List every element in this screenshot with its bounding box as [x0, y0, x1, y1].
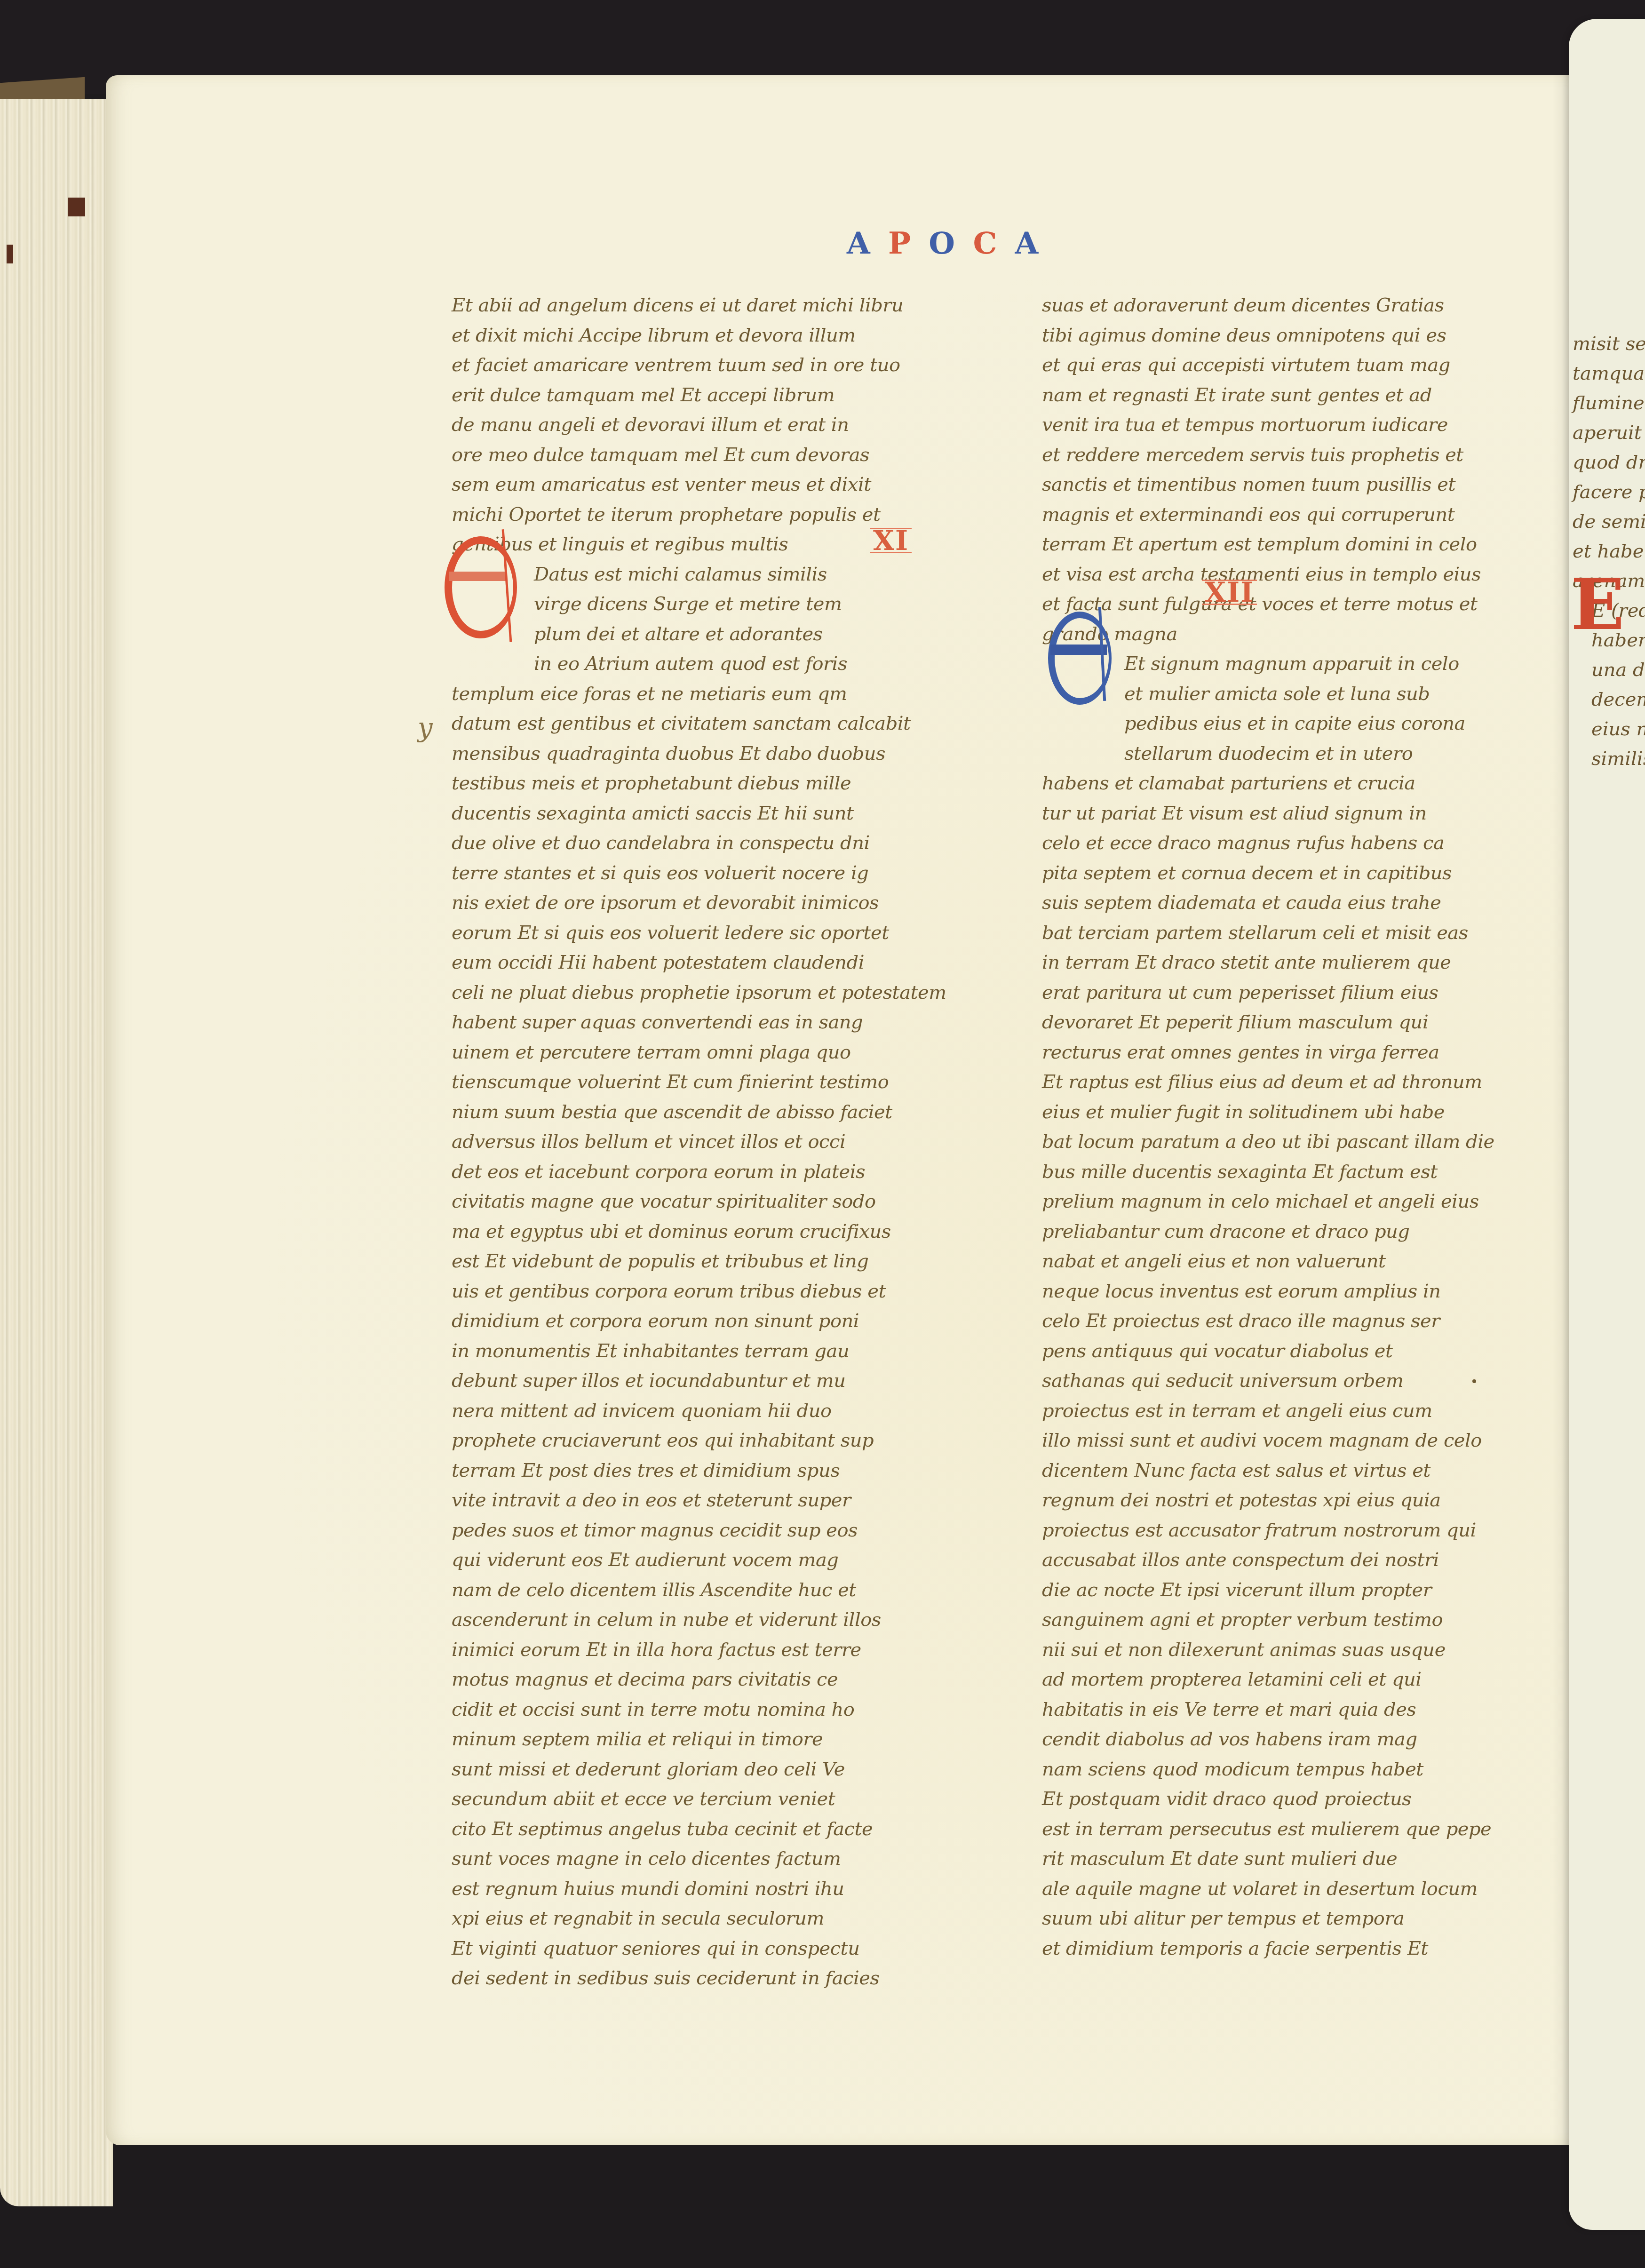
text-line: proiectus est accusator fratrum nostroru…	[1042, 1516, 1503, 1546]
text-line: habens et clamabat parturiens et crucia	[1042, 769, 1503, 799]
text-line: suas et adoraverunt deum dicentes Gratia…	[1042, 291, 1503, 321]
text-line: cendit diabolus ad vos habens iram mag	[1042, 1725, 1503, 1755]
adjacent-leaf-line: flumine et adiu	[1573, 389, 1645, 418]
text-line: Et postquam vidit draco quod proiectus	[1042, 1784, 1503, 1814]
text-line: nis exiet de ore ipsorum et devorabit in…	[452, 888, 960, 918]
adjacent-leaf[interactable]: misit serpens ex oretamquam flumenflumin…	[1569, 19, 1645, 2230]
text-line: inimici eorum Et in illa hora factus est…	[452, 1635, 960, 1665]
text-line: uinem et percutere terram omni plaga quo	[452, 1038, 960, 1068]
text-line: dimidium et corpora eorum non sinunt pon…	[452, 1306, 960, 1337]
text-line: prelium magnum in celo michael et angeli…	[1042, 1187, 1503, 1217]
text-line: Et raptus est filius eius ad deum et ad …	[1042, 1067, 1503, 1098]
marginal-mark: y	[418, 713, 433, 743]
text-line: erit dulce tamquam mel Et accepi librum	[452, 381, 960, 411]
text-line: sathanas qui seducit universum orbem	[1042, 1366, 1503, 1396]
text-line: tibi agimus domine deus omnipotens qui e…	[1042, 321, 1503, 351]
text-line: sanctis et timentibus nomen tuum pusilli…	[1042, 470, 1503, 500]
adjacent-leaf-line: quod draco de ore suo	[1573, 448, 1645, 477]
text-line: mensibus quadraginta duobus Et dabo duob…	[452, 739, 960, 769]
text-line: ducentis sexaginta amicti saccis Et hii …	[452, 799, 960, 829]
adjacent-leaf-line: tamquam flumen	[1573, 359, 1645, 389]
text-line: plum dei et altare et adorantes	[452, 620, 960, 650]
running-head-letter: A	[1015, 226, 1042, 261]
text-line: terre stantes et si quis eos voluerit no…	[452, 859, 960, 889]
text-line: erat paritura ut cum peperisset filium e…	[1042, 978, 1503, 1008]
running-head: A P O C A	[847, 226, 1042, 261]
stacked-page-edges	[0, 99, 113, 2206]
text-line: et dixit michi Accipe librum et devora i…	[452, 321, 960, 351]
text-line: eum occidi Hii habent potestatem clauden…	[452, 948, 960, 978]
text-line: vite intravit a deo in eos et steterunt …	[452, 1486, 960, 1516]
text-line: dei sedent in sedibus suis ceciderunt in…	[452, 1964, 960, 1994]
text-line: ma et egyptus ubi et dominus eorum cruci…	[452, 1217, 960, 1247]
text-line: adversus illos bellum et vincet illos et…	[452, 1127, 960, 1157]
ink-dot	[1472, 1379, 1476, 1383]
text-line: in terram Et draco stetit ante mulierem …	[1042, 948, 1503, 978]
text-line: habent super aquas convertendi eas in sa…	[452, 1008, 960, 1038]
text-line: due olive et duo candelabra in conspectu…	[452, 828, 960, 859]
blue-initial-e	[1048, 607, 1119, 710]
text-line: minum septem milia et reliqui in timore	[452, 1725, 960, 1755]
text-line: uis et gentibus corpora eorum tribus die…	[452, 1277, 960, 1307]
adjacent-leaf-text: misit serpens ex oretamquam flumenflumin…	[1573, 329, 1645, 774]
chapter-number-xii: XII	[1202, 580, 1257, 605]
text-line: testibus meis et prophetabunt diebus mil…	[452, 769, 960, 799]
text-line: rit masculum Et date sunt mulieri due	[1042, 1844, 1503, 1874]
text-line: sunt missi et dederunt gloriam deo celi …	[452, 1755, 960, 1785]
text-line: et dimidium temporis a facie serpentis E…	[1042, 1934, 1503, 1964]
text-line: preliabantur cum dracone et draco pug	[1042, 1217, 1503, 1247]
text-line: det eos et iacebunt corpora eorum in pla…	[452, 1157, 960, 1187]
text-line: secundum abiit et ecce ve tercium veniet	[452, 1784, 960, 1814]
text-line: nii sui et non dilexerunt animas suas us…	[1042, 1635, 1503, 1665]
initial-crossbar	[1050, 645, 1107, 655]
text-line: venit ira tua et tempus mortuorum iudica…	[1042, 410, 1503, 440]
running-head-letter: C	[973, 226, 1001, 261]
text-line: prophete cruciaverunt eos qui inhabitant…	[452, 1426, 960, 1456]
text-line: celo Et proiectus est draco ille magnus …	[1042, 1306, 1503, 1337]
text-line: ad mortem propterea letamini celi et qui	[1042, 1665, 1503, 1695]
page-tab-marker	[68, 198, 85, 216]
text-line: celo et ecce draco magnus rufus habens c…	[1042, 828, 1503, 859]
text-line: bat terciam partem stellarum celi et mis…	[1042, 918, 1503, 948]
text-line: qui viderunt eos Et audierunt vocem mag	[452, 1545, 960, 1576]
text-line: nam et regnasti Et irate sunt gentes et …	[1042, 381, 1503, 411]
text-line: virge dicens Surge et metire tem	[452, 589, 960, 620]
text-line: tienscumque voluerint Et cum finierint t…	[452, 1067, 960, 1098]
text-line: motus magnus et decima pars civitatis ce	[452, 1665, 960, 1695]
text-line: nera mittent ad invicem quoniam hii duo	[452, 1396, 960, 1426]
text-line: dicentem Nunc facta est salus et virtus …	[1042, 1456, 1503, 1486]
adjacent-leaf-line: et habent testimonium	[1573, 537, 1645, 566]
text-line: bus mille ducentis sexaginta Et factum e…	[1042, 1157, 1503, 1187]
text-line: sem eum amaricatus est venter meus et di…	[452, 470, 960, 500]
text-line: ascenderunt in celum in nube et viderunt…	[452, 1605, 960, 1635]
text-line: civitatis magne que vocatur spiritualite…	[452, 1187, 960, 1217]
text-line: Datus est michi calamus similis	[452, 560, 960, 590]
text-line: debunt super illos et iocundabuntur et m…	[452, 1366, 960, 1396]
text-line: bat locum paratum a deo ut ibi pascant i…	[1042, 1127, 1503, 1157]
running-head-letter: P	[888, 226, 914, 261]
text-line: nabat et angeli eius et non valuerunt	[1042, 1247, 1503, 1277]
text-line: de manu angeli et devoravi illum et erat…	[452, 410, 960, 440]
page-curve-shadow	[1552, 75, 1571, 2145]
running-head-letter: A	[847, 226, 874, 261]
text-line: stellarum duodecim et in utero	[1042, 739, 1503, 769]
adjacent-leaf-line: de semine eius qui	[1573, 507, 1645, 537]
text-line: templum eice foras et ne metiaris eum qm	[452, 679, 960, 709]
text-line: xpi eius et regnabit in secula seculorum	[452, 1904, 960, 1934]
text-line: suis septem diademata et cauda eius trah…	[1042, 888, 1503, 918]
text-line: ale aquile magne ut volaret in desertum …	[1042, 1874, 1503, 1904]
text-line: sanguinem agni et propter verbum testimo	[1042, 1605, 1503, 1635]
text-line: neque locus inventus est eorum amplius i…	[1042, 1277, 1503, 1307]
text-line: pita septem et cornua decem et in capiti…	[1042, 859, 1503, 889]
text-line: proiectus est in terram et angeli eius c…	[1042, 1396, 1503, 1426]
adjacent-leaf-line: facere prelium cum reliquis	[1573, 477, 1645, 507]
text-line: die ac nocte Et ipsi vicerunt illum prop…	[1042, 1576, 1503, 1606]
running-head-letter: O	[929, 226, 959, 261]
text-line: eius et mulier fugit in solitudinem ubi …	[1042, 1098, 1503, 1128]
adjacent-leaf-initial: E	[1571, 569, 1624, 640]
text-line: pens antiquus qui vocatur diabolus et	[1042, 1337, 1503, 1367]
text-line: Et viginti quatuor seniores qui in consp…	[452, 1934, 960, 1964]
page-tab-marker	[7, 245, 13, 263]
text-line: pedes suos et timor magnus cecidit sup e…	[452, 1516, 960, 1546]
text-line: est Et videbunt de populis et tribubus e…	[452, 1247, 960, 1277]
text-line: devoraret Et peperit filium masculum qui	[1042, 1008, 1503, 1038]
adjacent-leaf-line: aperuit os suum et	[1573, 418, 1645, 448]
text-line: in monumentis Et inhabitantes terram gau	[452, 1337, 960, 1367]
text-line: suum ubi alitur per tempus et tempora	[1042, 1904, 1503, 1934]
adjacent-leaf-line: similis era	[1573, 744, 1645, 774]
text-line: et faciet amaricare ventrem tuum sed in …	[452, 350, 960, 381]
text-line: in eo Atrium autem quod est foris	[452, 649, 960, 679]
text-line: nium suum bestia que ascendit de abisso …	[452, 1098, 960, 1128]
adjacent-leaf-line: decem	[1573, 685, 1645, 715]
text-line: et qui eras qui accepisti virtutem tuam …	[1042, 350, 1503, 381]
right-text-column: suas et adoraverunt deum dicentes Gratia…	[1042, 291, 1503, 1964]
text-line: sunt voces magne in celo dicentes factum	[452, 1844, 960, 1874]
adjacent-leaf-line: eius nomen bla	[1573, 715, 1645, 744]
text-line: recturus erat omnes gentes in virga ferr…	[1042, 1038, 1503, 1068]
text-line: cidit et occisi sunt in terre motu nomin…	[452, 1695, 960, 1725]
text-line: ore meo dulce tamquam mel Et cum devoras	[452, 440, 960, 470]
text-line: illo missi sunt et audivi vocem magnam d…	[1042, 1426, 1503, 1456]
text-line: accusabat illos ante conspectum dei nost…	[1042, 1545, 1503, 1576]
text-line: pedibus eius et in capite eius corona	[1042, 709, 1503, 739]
text-line: celi ne pluat diebus prophetie ipsorum e…	[452, 978, 960, 1008]
text-line: tur ut pariat Et visum est aliud signum …	[1042, 799, 1503, 829]
text-line: nam de celo dicentem illis Ascendite huc…	[452, 1576, 960, 1606]
text-line: regnum dei nostri et potestas xpi eius q…	[1042, 1486, 1503, 1516]
text-line: datum est gentibus et civitatem sanctam …	[452, 709, 960, 739]
text-line: habitatis in eis Ve terre et mari quia d…	[1042, 1695, 1503, 1725]
chapter-number-xi: XI	[870, 528, 912, 553]
text-line: magnis et exterminandi eos qui corruperu…	[1042, 500, 1503, 530]
adjacent-leaf-line: misit serpens ex ore	[1573, 329, 1645, 359]
text-line: et reddere mercedem servis tuis propheti…	[1042, 440, 1503, 470]
text-line: terram Et apertum est templum domini in …	[1042, 530, 1503, 560]
text-line: est in terram persecutus est mulierem qu…	[1042, 1814, 1503, 1845]
text-line: et visa est archa testamenti eius in tem…	[1042, 560, 1503, 590]
text-line: est regnum huius mundi domini nostri ihu	[452, 1874, 960, 1904]
adjacent-leaf-line: una d	[1573, 655, 1645, 685]
text-line: eorum Et si quis eos voluerit ledere sic…	[452, 918, 960, 948]
red-initial-a	[445, 529, 520, 633]
initial-crossbar	[449, 572, 506, 581]
text-line: cito Et septimus angelus tuba cecinit et…	[452, 1814, 960, 1845]
text-line: Et abii ad angelum dicens ei ut daret mi…	[452, 291, 960, 321]
text-line: terram Et post dies tres et dimidium spu…	[452, 1456, 960, 1486]
text-line: nam sciens quod modicum tempus habet	[1042, 1755, 1503, 1785]
